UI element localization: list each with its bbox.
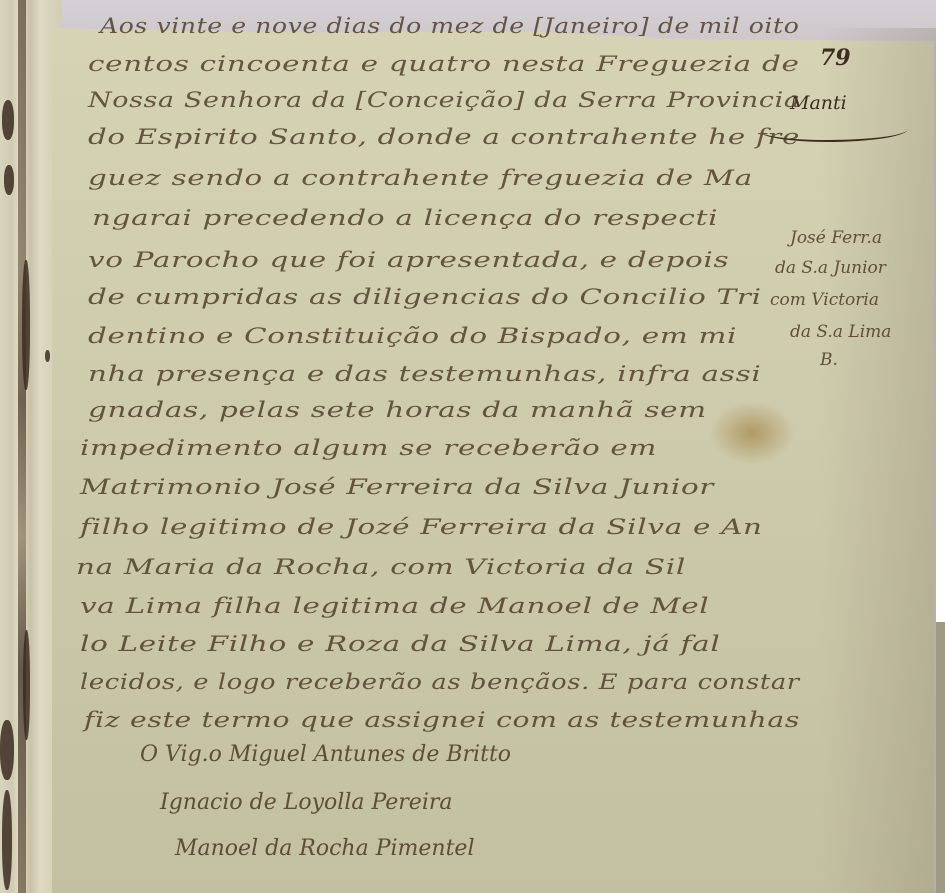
body-line: dentino e Constituição do Bispado, em mi: [88, 324, 737, 348]
margin-note-line: da S.a Lima: [790, 322, 891, 342]
body-line: nha presença e das testemunhas, infra as…: [88, 362, 761, 386]
margin-note-line: José Ferr.a: [790, 228, 882, 248]
body-line: na Maria da Rocha, com Victoria da Sil: [76, 555, 686, 579]
body-line: centos cincoenta e quatro nesta Freguezi…: [88, 52, 800, 76]
body-line: filho legitimo de Jozé Ferreira da Silva…: [80, 515, 763, 539]
page-number: 79: [820, 45, 851, 71]
body-line: ngarai precedendo a licença do respecti: [92, 206, 718, 230]
body-line: guez sendo a contrahente freguezia de Ma: [88, 166, 753, 190]
body-line: Nossa Senhora da [Conceição] da Serra Pr…: [88, 88, 801, 112]
body-line: gnadas, pelas sete horas da manhã sem: [88, 398, 707, 422]
body-line: vo Parocho que foi apresentada, e depois: [88, 248, 729, 272]
margin-note-line: B.: [820, 350, 838, 370]
body-line: de cumpridas as diligencias do Concilio …: [88, 285, 762, 309]
handwritten-content: 79 Manti Aos vinte e nove dias do mez de…: [0, 0, 945, 893]
body-line: Matrimonio José Ferreira da Silva Junior: [80, 475, 714, 499]
body-line: lecidos, e logo receberão as bençãos. E …: [80, 670, 800, 694]
body-line: va Lima filha legitima de Manoel de Mel: [80, 594, 709, 618]
margin-note-line: da S.a Junior: [775, 258, 886, 278]
body-line: impedimento algum se receberão em: [80, 436, 657, 460]
body-line: lo Leite Filho e Roza da Silva Lima, já …: [80, 632, 721, 656]
body-line: Aos vinte e nove dias do mez de [Janeiro…: [100, 14, 799, 38]
signature-witness-1: Ignacio de Loyolla Pereira: [160, 790, 453, 815]
signature-vicar: O Vig.o Miguel Antunes de Britto: [140, 742, 511, 767]
margin-note-line: com Victoria: [770, 290, 879, 310]
signature-witness-2: Manoel da Rocha Pimentel: [175, 836, 475, 861]
body-line: do Espirito Santo, donde a contrahente h…: [88, 125, 800, 149]
body-line: fiz este termo que assignei com as teste…: [84, 708, 800, 732]
